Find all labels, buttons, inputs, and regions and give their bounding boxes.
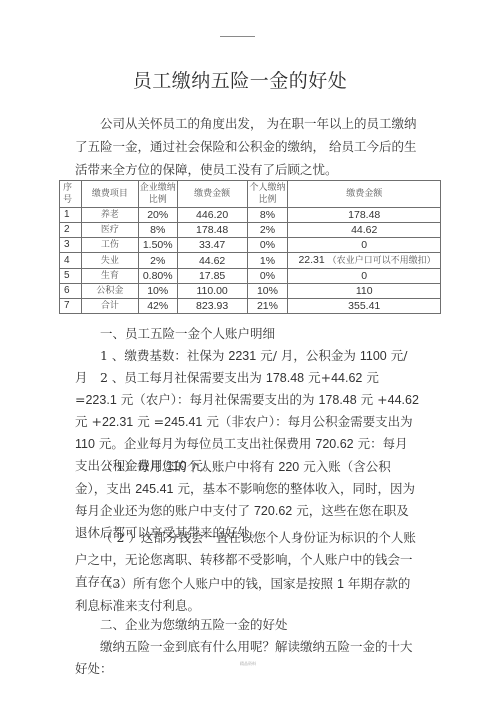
header-seq: 序号 [60, 181, 82, 208]
cell-corp-rate: 10% [138, 284, 177, 299]
cell-item: 失业 [81, 253, 138, 269]
text: （3）所有您个人账户中的钱，国家是按照 [100, 576, 337, 591]
section1-heading: 一、员工五险一金个人账户明细 [75, 323, 420, 345]
section1-point3: （3）所有您个人账户中的钱，国家是按照 1 年期存款的利息标准来支付利息。 [75, 573, 420, 617]
cell-corp-amount: 446.20 [177, 208, 247, 223]
cell-personal-rate: 10% [247, 284, 288, 299]
cell-corp-amount: 17.85 [177, 269, 247, 284]
cell-item: 工伤 [81, 238, 138, 253]
cell-personal-rate: 0% [247, 269, 288, 284]
cell-corp-rate: 42% [138, 299, 177, 314]
table-row: 3 工伤 1.50% 33.47 0% 0 [60, 238, 441, 253]
intro-paragraph: 公司从关怀员工的角度出发， 为在职一年以上的员工缴纳了五险一金，通过社会保险和公… [75, 112, 420, 181]
cell-corp-rate: 0.80% [138, 269, 177, 284]
cell-personal-rate: 21% [247, 299, 288, 314]
text: 2 、员工每月社保需要支出为 [100, 370, 266, 385]
cell-personal-rate: 0% [247, 238, 288, 253]
insurance-fee-table: 序号 缴费项目 企业缴纳比例 缴费金额 个人缴纳比例 缴费金额 1 养老 20%… [59, 180, 441, 314]
cell-seq: 4 [60, 253, 82, 269]
text: 元。企业每月为每位员工支出社保费用 [95, 436, 315, 451]
text: 1 、缴费基数：社保为 [100, 348, 228, 363]
value: 110 [75, 437, 95, 451]
section2-heading: 二、企业为您缴纳五险一金的好处 [75, 614, 420, 636]
cell-corp-rate: 1.50% [138, 238, 177, 253]
value: 245.41 [135, 482, 173, 496]
value: 720.62 [254, 504, 292, 518]
value: 245.41 [164, 415, 202, 429]
cell-item: 医疗 [81, 223, 138, 238]
value: 220 [278, 460, 299, 474]
header-corp-rate: 企业缴纳比例 [138, 181, 177, 208]
text: 元+ [304, 370, 331, 385]
cell-item: 合计 [81, 299, 138, 314]
cell-corp-amount: 33.47 [177, 238, 247, 253]
text: 元（非农户）：每月公积金需要支出为 [202, 414, 412, 429]
section2-intro: 缴纳五险一金到底有什么用呢？解读缴纳五险一金的十大好处： [75, 636, 420, 680]
cell-corp-amount: 823.93 [177, 299, 247, 314]
cell-personal-amount: 178.48 [288, 208, 441, 223]
cell-personal-amount: 355.41 [288, 299, 441, 314]
table-row: 1 养老 20% 446.20 8% 178.48 [60, 208, 441, 223]
cell-seq: 2 [60, 223, 82, 238]
value: 1100 [360, 349, 387, 363]
cell-corp-rate: 2% [138, 253, 177, 269]
text: 元/ 月，公积金为 [256, 348, 360, 363]
cell-item: 养老 [81, 208, 138, 223]
value: 720.62 [315, 437, 353, 451]
cell-personal-rate: 1% [247, 253, 288, 269]
value: 44.62 [388, 393, 419, 407]
personal-amount-note: （农业户口可以不用缴扣） [328, 256, 436, 266]
cell-seq: 6 [60, 284, 82, 299]
value: 178.48 [266, 371, 304, 385]
cell-item: 生育 [81, 269, 138, 284]
cell-corp-amount: 44.62 [177, 253, 247, 269]
text: 元（农户）：每月社保需要支出的为 [117, 392, 319, 407]
cell-corp-amount: 178.48 [177, 223, 247, 238]
table-header-row: 序号 缴费项目 企业缴纳比例 缴费金额 个人缴纳比例 缴费金额 [60, 181, 441, 208]
value: 1 [337, 577, 344, 591]
table-row: 6 公积金 10% 110.00 10% 110 [60, 284, 441, 299]
value: 2231 [228, 349, 256, 363]
cell-seq: 3 [60, 238, 82, 253]
cell-seq: 5 [60, 269, 82, 284]
cell-item: 公积金 [81, 284, 138, 299]
cell-personal-amount: 44.62 [288, 223, 441, 238]
text: 元 = [133, 414, 164, 429]
header-corp-amount: 缴费金额 [177, 181, 247, 208]
cell-seq: 1 [60, 208, 82, 223]
table-row-total: 7 合计 42% 823.93 21% 355.41 [60, 299, 441, 314]
cell-personal-rate: 2% [247, 223, 288, 238]
cell-corp-amount: 110.00 [177, 284, 247, 299]
cell-corp-rate: 20% [138, 208, 177, 223]
header-personal-rate: 个人缴纳比例 [247, 181, 288, 208]
value: 223.1 [85, 393, 116, 407]
table-row: 4 失业 2% 44.62 1% 22.31 （农业户口可以不用缴扣） [60, 253, 441, 269]
footer-watermark: 精品资料 [240, 661, 256, 667]
header-item: 缴费项目 [81, 181, 138, 208]
cell-personal-amount: 0 [288, 269, 441, 284]
page-title: 员工缴纳五险一金的好处 [0, 66, 480, 93]
header-personal-amount: 缴费金额 [288, 181, 441, 208]
text: 元 + [75, 414, 102, 429]
top-divider [220, 36, 255, 37]
value: 22.31 [102, 415, 133, 429]
cell-personal-amount: 22.31 （农业户口可以不用缴扣） [288, 253, 441, 269]
cell-personal-rate: 8% [247, 208, 288, 223]
text: （ 1）每月您的个人账户中将有 [100, 459, 278, 474]
table-row: 2 医疗 8% 178.48 2% 44.62 [60, 223, 441, 238]
text: 元 + [357, 392, 388, 407]
personal-amount-value: 22.31 [298, 254, 324, 266]
value: 44.62 [331, 371, 362, 385]
value: 178.48 [318, 393, 356, 407]
cell-personal-amount: 110 [288, 284, 441, 299]
cell-corp-rate: 8% [138, 223, 177, 238]
cell-seq: 7 [60, 299, 82, 314]
table-row: 5 生育 0.80% 17.85 0% 0 [60, 269, 441, 284]
cell-personal-amount: 0 [288, 238, 441, 253]
